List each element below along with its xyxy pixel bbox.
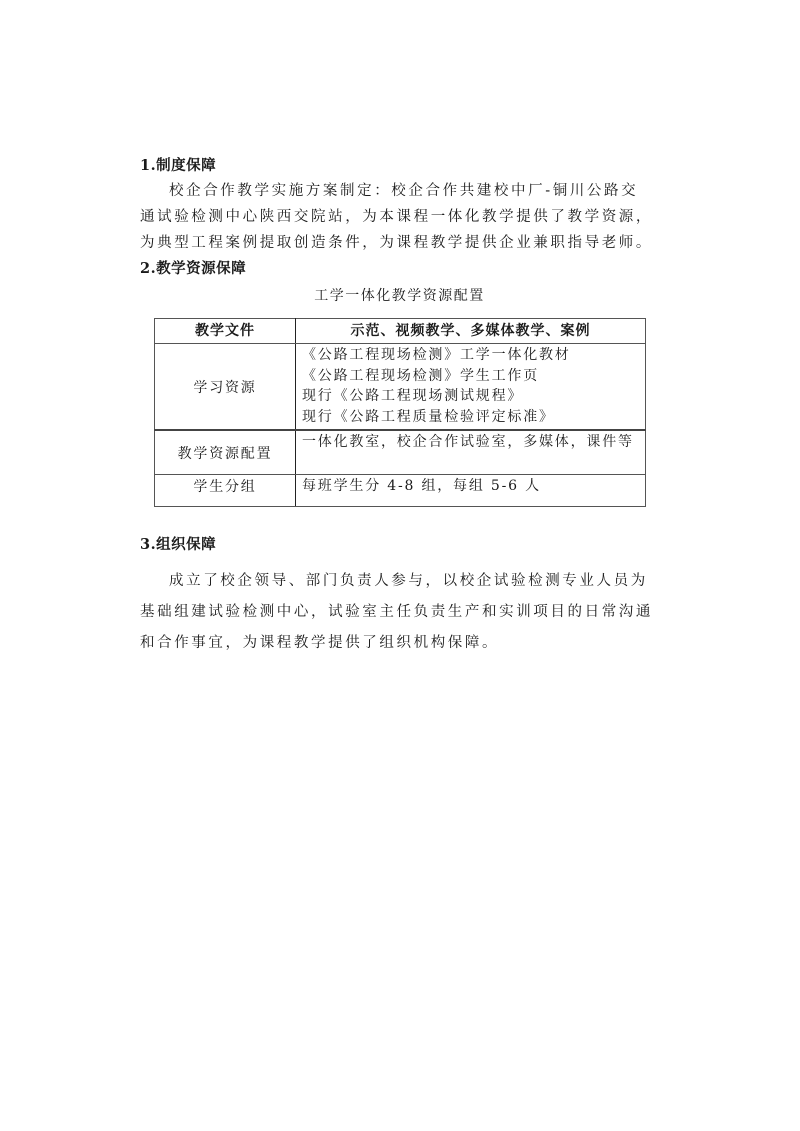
row-label-resource-config: 教学资源配置 bbox=[155, 430, 296, 475]
table-header-row: 教学文件 示范、视频教学、多媒体教学、案例 bbox=[155, 319, 646, 344]
row-label-learning-resources: 学习资源 bbox=[155, 344, 296, 431]
section-heading-1: 1.制度保障 bbox=[140, 156, 216, 176]
table-header-col-1: 教学文件 bbox=[155, 319, 296, 344]
section-heading-3: 3.组织保障 bbox=[140, 535, 216, 555]
table-row: 学习资源 《公路工程现场检测》工学一体化教材 《公路工程现场检测》学生工作页 现… bbox=[155, 344, 646, 431]
resource-line: 现行《公路工程现场测试规程》 bbox=[302, 386, 645, 407]
section-3-paragraph: 成立了校企领导、部门负责人参与，以校企试验检测专业人员为基础组建试验检测中心，试… bbox=[140, 566, 660, 659]
row-content-student-groups: 每班学生分 4-8 组，每组 5-6 人 bbox=[296, 475, 646, 507]
row-content-learning-resources: 《公路工程现场检测》工学一体化教材 《公路工程现场检测》学生工作页 现行《公路工… bbox=[296, 344, 646, 431]
document-page: 1.制度保障 校企合作教学实施方案制定：校企合作共建校中厂-铜川公路交通试验检测… bbox=[0, 0, 800, 1131]
section-1-paragraph: 校企合作教学实施方案制定：校企合作共建校中厂-铜川公路交通试验检测中心陕西交院站… bbox=[140, 178, 654, 256]
section-heading-2: 2.教学资源保障 bbox=[140, 259, 246, 279]
teaching-resources-table: 教学文件 示范、视频教学、多媒体教学、案例 学习资源 《公路工程现场检测》工学一… bbox=[154, 318, 646, 507]
table-row: 教学资源配置 一体化教室，校企合作试验室，多媒体，课件等 bbox=[155, 430, 646, 475]
row-content-resource-config: 一体化教室，校企合作试验室，多媒体，课件等 bbox=[296, 430, 646, 475]
table-row: 学生分组 每班学生分 4-8 组，每组 5-6 人 bbox=[155, 475, 646, 507]
resource-line: 《公路工程现场检测》学生工作页 bbox=[302, 366, 645, 387]
resource-line: 《公路工程现场检测》工学一体化教材 bbox=[302, 345, 645, 366]
row-label-student-groups: 学生分组 bbox=[155, 475, 296, 507]
table-header-col-2: 示范、视频教学、多媒体教学、案例 bbox=[296, 319, 646, 344]
resource-line: 现行《公路工程质量检验评定标准》 bbox=[302, 407, 645, 428]
table-caption: 工学一体化教学资源配置 bbox=[154, 286, 645, 306]
